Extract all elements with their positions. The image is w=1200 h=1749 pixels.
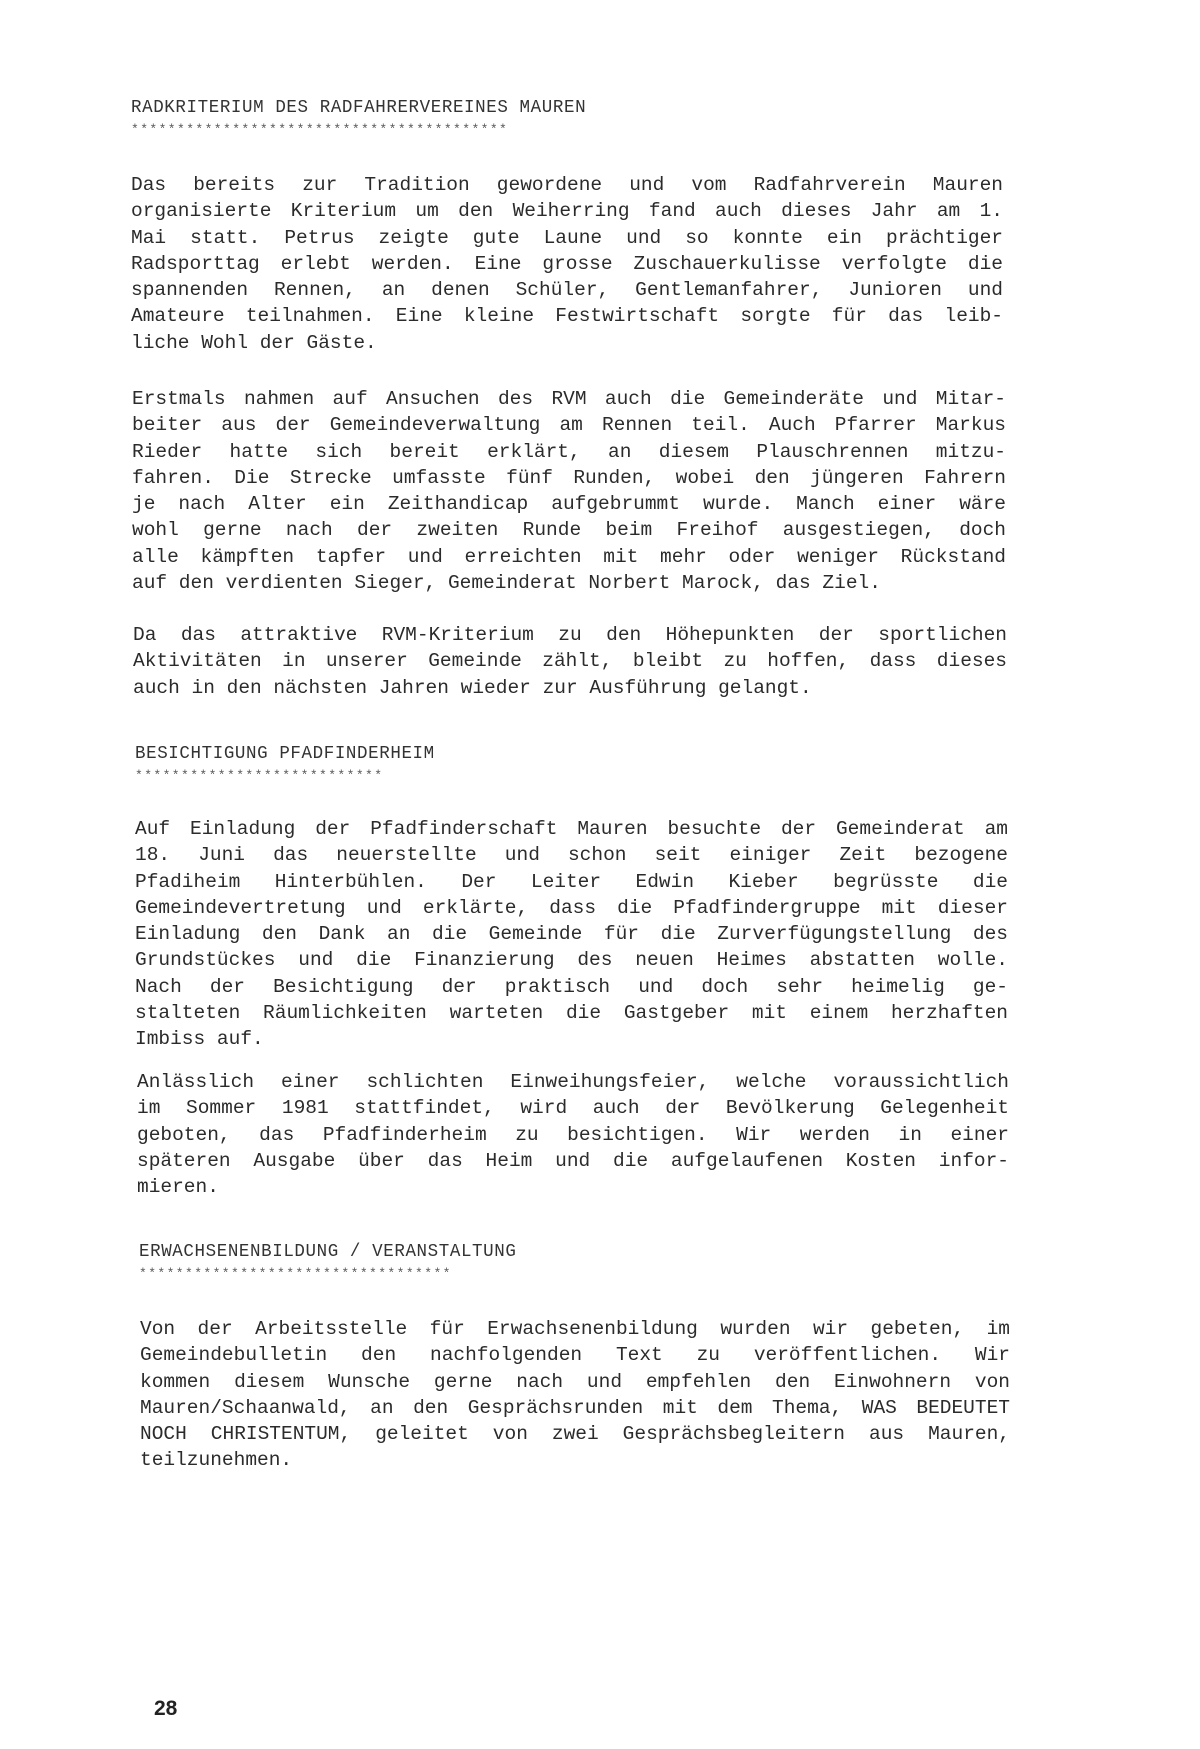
text-line: Imbiss auf. — [135, 1026, 1008, 1052]
text-line: späteren Ausgabe über das Heim und die a… — [137, 1148, 1009, 1174]
document-page: RADKRITERIUM DES RADFAHRERVEREINES MAURE… — [0, 0, 1200, 1749]
text-line: Einladung den Dank an die Gemeinde für d… — [135, 921, 1008, 947]
text-line: mieren. — [137, 1174, 1009, 1200]
text-line: je nach Alter ein Zeithandicap aufgebrum… — [132, 491, 1006, 517]
text-line: Mai statt. Petrus zeigte gute Laune und … — [131, 225, 1003, 251]
text-line: Nach der Besichtigung der praktisch und … — [135, 974, 1008, 1000]
text-line: NOCH CHRISTENTUM, geleitet von zwei Gesp… — [140, 1421, 1010, 1447]
section-heading: ERWACHSENENBILDUNG / VERANSTALTUNG — [139, 1239, 1200, 1264]
text-line: stalteten Räumlichkeiten warteten die Ga… — [135, 1000, 1008, 1026]
section-pfadfinderheim-body-2: Anlässlich einer schlichten Einweihungsf… — [0, 1069, 1200, 1200]
text-line: Gemeindebulletin den nachfolgenden Text … — [140, 1342, 1010, 1368]
text-line: auf den verdienten Sieger, Gemeinderat N… — [132, 570, 1006, 596]
text-line: kommen diesem Wunsche gerne nach und emp… — [140, 1369, 1010, 1395]
heading-underline: ****************************************… — [131, 122, 1200, 138]
paragraph: Da das attraktive RVM-Kriterium zu den H… — [133, 622, 1007, 701]
text-line: im Sommer 1981 stattfindet, wird auch de… — [137, 1095, 1009, 1121]
section-radkriterium: RADKRITERIUM DES RADFAHRERVEREINES MAURE… — [0, 95, 1200, 138]
text-line: wohl gerne nach der zweiten Runde beim F… — [132, 517, 1006, 543]
text-line: spannenden Rennen, an denen Schüler, Gen… — [131, 277, 1003, 303]
text-line: Anlässlich einer schlichten Einweihungsf… — [137, 1069, 1009, 1095]
section-heading: BESICHTIGUNG PFADFINDERHEIM — [135, 741, 1200, 766]
text-line: Von der Arbeitsstelle für Erwachsenenbil… — [140, 1316, 1010, 1342]
text-line: Erstmals nahmen auf Ansuchen des RVM auc… — [132, 386, 1006, 412]
section-erwachsenenbildung: ERWACHSENENBILDUNG / VERANSTALTUNG *****… — [0, 1239, 1200, 1282]
heading-underline: *************************** — [135, 768, 1200, 784]
text-line: liche Wohl der Gäste. — [131, 330, 1003, 356]
text-line: Auf Einladung der Pfadfinderschaft Maure… — [135, 816, 1008, 842]
section-pfadfinderheim-body: Auf Einladung der Pfadfinderschaft Maure… — [0, 816, 1200, 1053]
text-line: Pfadiheim Hinterbühlen. Der Leiter Edwin… — [135, 869, 1008, 895]
section-erwachsenenbildung-body: Von der Arbeitsstelle für Erwachsenenbil… — [0, 1316, 1200, 1474]
page-number: 28 — [154, 1697, 177, 1721]
paragraph: Erstmals nahmen auf Ansuchen des RVM auc… — [132, 386, 1006, 596]
text-line: 18. Juni das neuerstellte und schon seit… — [135, 842, 1008, 868]
paragraph: Von der Arbeitsstelle für Erwachsenenbil… — [140, 1316, 1010, 1474]
text-line: Mauren/Schaanwald, an den Gesprächsrunde… — [140, 1395, 1010, 1421]
section-radkriterium-body-2: Erstmals nahmen auf Ansuchen des RVM auc… — [0, 386, 1200, 596]
paragraph: Anlässlich einer schlichten Einweihungsf… — [137, 1069, 1009, 1200]
section-radkriterium-body: Das bereits zur Tradition gewordene und … — [0, 172, 1200, 356]
text-line: Amateure teilnahmen. Eine kleine Festwir… — [131, 303, 1003, 329]
text-line: teilzunehmen. — [140, 1447, 1010, 1473]
section-heading: RADKRITERIUM DES RADFAHRERVEREINES MAURE… — [131, 95, 1200, 120]
text-line: Gemeindevertretung und erklärte, dass di… — [135, 895, 1008, 921]
section-radkriterium-body-3: Da das attraktive RVM-Kriterium zu den H… — [0, 622, 1200, 701]
section-pfadfinderheim: BESICHTIGUNG PFADFINDERHEIM ************… — [0, 741, 1200, 784]
text-line: Rieder hatte sich bereit erklärt, an die… — [132, 439, 1006, 465]
text-line: Aktivitäten in unserer Gemeinde zählt, b… — [133, 648, 1007, 674]
text-line: organisierte Kriterium um den Weiherring… — [131, 198, 1003, 224]
text-line: Grundstückes und die Finanzierung des ne… — [135, 947, 1008, 973]
heading-underline: ********************************** — [139, 1266, 1200, 1282]
text-line: alle kämpften tapfer und erreichten mit … — [132, 544, 1006, 570]
text-line: fahren. Die Strecke umfasste fünf Runden… — [132, 465, 1006, 491]
text-line: Das bereits zur Tradition gewordene und … — [131, 172, 1003, 198]
paragraph: Das bereits zur Tradition gewordene und … — [131, 172, 1003, 356]
text-line: auch in den nächsten Jahren wieder zur A… — [133, 675, 1007, 701]
text-line: beiter aus der Gemeindeverwaltung am Ren… — [132, 412, 1006, 438]
text-line: Radsporttag erlebt werden. Eine grosse Z… — [131, 251, 1003, 277]
paragraph: Auf Einladung der Pfadfinderschaft Maure… — [135, 816, 1008, 1053]
text-line: Da das attraktive RVM-Kriterium zu den H… — [133, 622, 1007, 648]
text-line: geboten, das Pfadfinderheim zu besichtig… — [137, 1122, 1009, 1148]
